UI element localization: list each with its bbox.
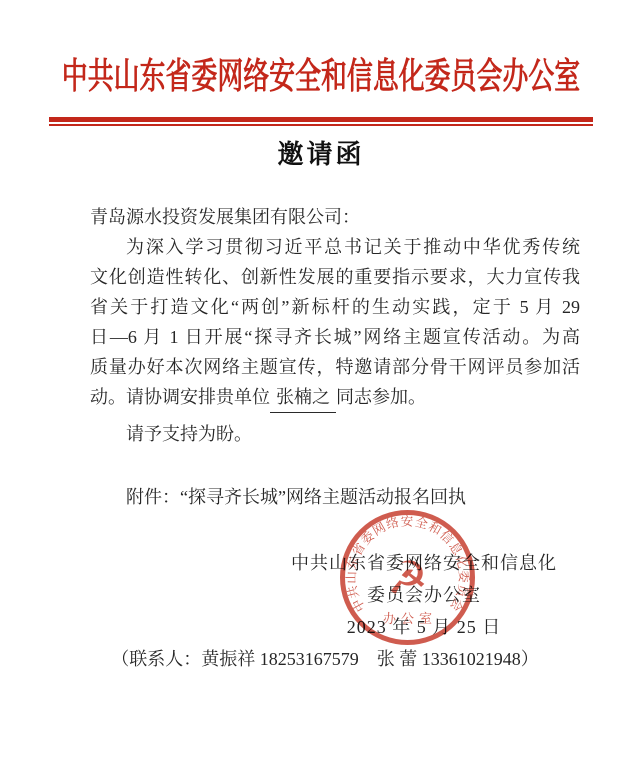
document-title: 邀请函: [0, 140, 642, 168]
underlined-participant-name: 张楠之: [270, 382, 336, 413]
letterhead-org-title: 中共山东省委网络安全和信息化委员会办公室: [62, 56, 580, 96]
letterhead-rules: [49, 117, 593, 126]
contact-line: （联系人：黄振祥 18253167579 张 蕾 13361021948）: [0, 644, 642, 674]
official-seal: 中共山东省委网络安全和信息化委员会 ☭ 办公室: [337, 507, 478, 648]
red-rule-thin: [49, 124, 593, 126]
last-line-pre: 动。请协调安排贵单位: [90, 387, 270, 407]
body-last-line: 动。请协调安排贵单位张楠之同志参加。: [90, 382, 580, 413]
closing-line: 请予支持为盼。: [90, 419, 580, 449]
scanned-letter-page: 中共山东省委网络安全和信息化委员会办公室 邀请函 青岛源水投资发展集团有限公司：…: [0, 0, 642, 783]
salutation-line: 青岛源水投资发展集团有限公司：: [90, 202, 580, 232]
body-line: 日—6 月 1 日开展“探寻齐长城”网络主题宣传活动。为高: [90, 322, 580, 352]
letter-body: 青岛源水投资发展集团有限公司： 为深入学习贯彻习近平总书记关于推动中华优秀传统 …: [90, 202, 580, 449]
hammer-sickle-icon: ☭: [387, 551, 428, 605]
body-line: 为深入学习贯彻习近平总书记关于推动中华优秀传统: [90, 232, 580, 262]
body-line: 质量办好本次网络主题宣传，特邀请部分骨干网评员参加活: [90, 352, 580, 382]
seal-bottom-text: 办公室: [383, 611, 437, 626]
body-line: 文化创造性转化、创新性发展的重要指示要求，大力宣传我: [90, 262, 580, 292]
body-line: 省关于打造文化“两创”新标杆的生动实践，定于 5 月 29: [90, 292, 580, 322]
attachment-line: 附件：“探寻齐长城”网络主题活动报名回执: [90, 482, 580, 512]
last-line-post: 同志参加。: [336, 387, 426, 407]
letterhead: 中共山东省委网络安全和信息化委员会办公室: [0, 0, 642, 126]
red-rule-thick: [49, 117, 593, 122]
